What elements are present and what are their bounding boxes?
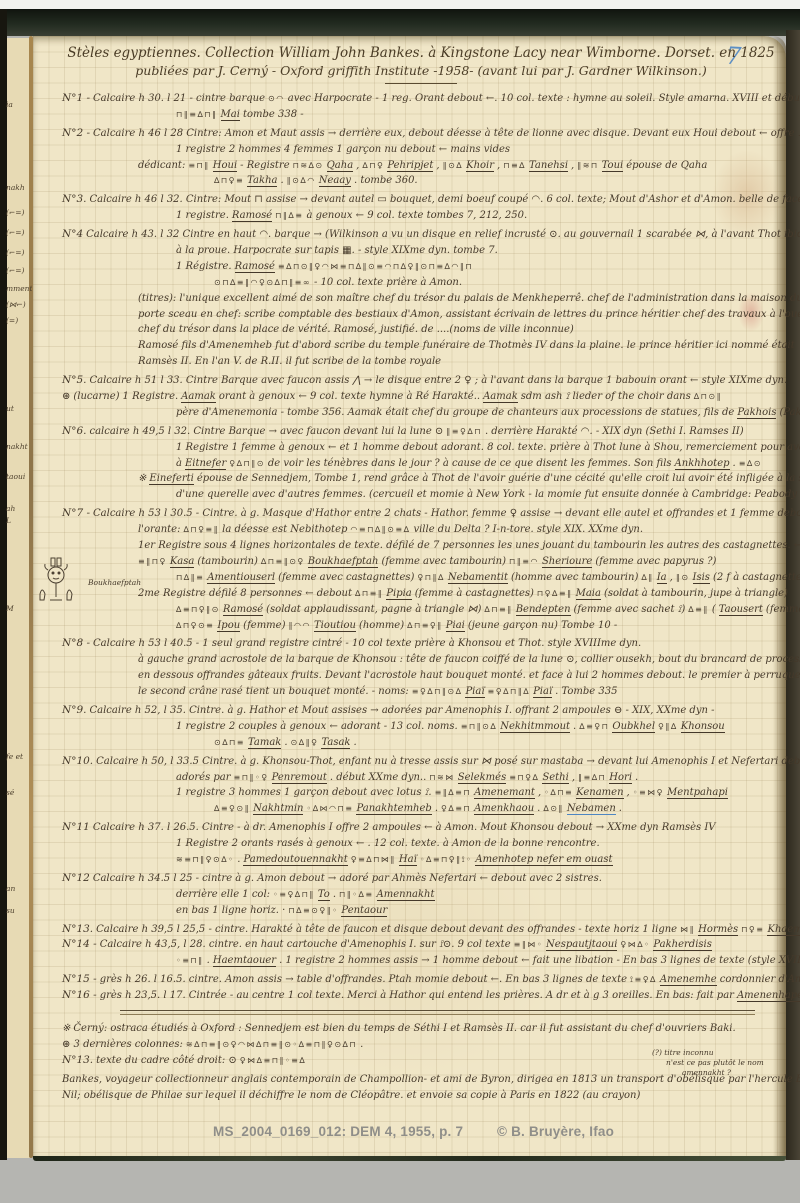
handwritten-text: , [538, 787, 541, 798]
handwritten-text: . [237, 854, 240, 865]
hieroglyph-run: ◦∆≡⊓♀∥⟟◦ [420, 855, 473, 864]
handwritten-text: N°12 [62, 872, 90, 884]
handwritten-text: Calcaire h 52, l 35. Cintre. à g. Hathor… [89, 705, 714, 716]
handwritten-text: . derrière Harakté ◠. - XIX dyn (Sethi I… [485, 426, 744, 437]
hieroglyph-run: ≡♀∆⊓∥⊙∆ [412, 687, 463, 696]
manuscript-line: ※Černý: ostraca étudiés à Oxford : Senne… [62, 1021, 780, 1037]
caption-manuscript-id: MS_2004_0169_012: DEM 4, 1955, p. 7 [213, 1124, 463, 1139]
torn-page-text-fragment: mment [6, 284, 32, 293]
section-divider [120, 1010, 755, 1015]
handwritten-text: . [733, 458, 736, 469]
handwritten-text: dédicant: [138, 160, 185, 171]
handwritten-text: . [280, 175, 283, 186]
hieroglyph-run: ⊙⊓∆≡∥◠♀⊙∆⊓∥≡∞ [214, 278, 311, 287]
margin-note-boukhaefptah: Boukhaefptah [88, 578, 141, 588]
hieroglyph-run: ≡∥∆≡⊓ [435, 788, 472, 797]
underlined-name: Pipia [386, 588, 412, 600]
handwritten-text: N°10. [62, 755, 93, 767]
handwritten-text: chef du trésor dans la place de vérité. … [138, 324, 574, 335]
underlined-name: Houi [213, 160, 237, 172]
hieroglyph-run: ◦∆⊓≡ [544, 788, 573, 797]
handwritten-text: N°16 - [62, 989, 97, 1001]
underlined-name: Ramosé [232, 210, 272, 222]
torn-page-text-fragment: an [6, 884, 32, 893]
handwritten-text: (femme avec tambourin) [381, 556, 506, 567]
underlined-name: Ipou [217, 620, 240, 632]
manuscript-line: 1 registre 2 couples à genoux ← adorant … [176, 719, 780, 735]
underlined-name: Haemtaouer [213, 955, 276, 967]
handwritten-text: texte du cadre côté droit: ⊙ [96, 1055, 237, 1066]
manuscript-line: chef du trésor dans la place de vérité. … [138, 322, 780, 338]
notebook-cover-edge-top [0, 9, 800, 36]
hieroglyph-run: ♀⊓∥∆ [417, 573, 444, 582]
handwritten-text: Calcaire h 43. l 32 Cintre en haut ◠. ba… [86, 229, 800, 240]
underlined-name: Eineferti [149, 473, 193, 485]
manuscript-line: ⊙⊓∆≡∥◠♀⊙∆⊓∥≡∞- 10 col. texte prière à Am… [214, 275, 780, 291]
handwritten-text: ville du Delta ? I-n-tore. style XIX. XX… [413, 524, 643, 535]
underlined-name: Tioutiou [314, 620, 356, 632]
hieroglyph-run: ≡∥⋈◦ [514, 940, 543, 949]
handwritten-text: 1 Régistre. [176, 261, 232, 272]
handwritten-text: . [360, 1039, 363, 1050]
handwritten-text: la déesse est Nebithotep [222, 524, 347, 535]
manuscript-line: 1er Registre sous 4 lignes horizontales … [138, 538, 780, 554]
underlined-name: Amentiouserl [207, 572, 275, 584]
torn-page-text-fragment: fe et [6, 752, 32, 761]
handwritten-text: épouse de Sennedjem, Tombe 1, rend grâce… [197, 473, 800, 484]
manuscript-line: en dessous offrandes gâteaux fruits. Dev… [138, 668, 780, 684]
hieroglyph-run: ⊓∥≡∆⊓∥ [176, 110, 218, 119]
hieroglyph-run: ∆≡∥ [688, 605, 709, 614]
handwritten-text: N°7 - [62, 507, 90, 519]
torn-page-text-fragment: ut [6, 404, 32, 413]
handwritten-text: . [635, 772, 638, 783]
hieroglyph-run: ⊓∥◦∆≡ [339, 890, 374, 899]
hieroglyph-run: ⊓≋⋈ [429, 773, 454, 782]
handwritten-text: Calcaire h 53 l 30.5 - Cintre. à g. Masq… [93, 508, 800, 519]
underlined-name: Pamedoutouennakht [243, 854, 347, 866]
hieroglyph-run: ⊓∥∆≡ [275, 211, 303, 220]
hieroglyph-run: ≡⊓∥◦♀ [234, 773, 269, 782]
handwritten-text: Ramosé fils d'Amenemheb fut d'abord scri… [138, 340, 795, 351]
handwritten-text: (Pakhal) [779, 407, 800, 418]
header-subtitle: publiées par J. Cerný - Oxford griffith … [62, 62, 780, 79]
notebook-spine-edge [0, 9, 7, 1160]
handwritten-text: . [435, 803, 438, 814]
underlined-name: Amenhotep nefer em ouast [475, 854, 612, 866]
manuscript-line: Ramsès II. En l'an V. de R.II. il fut sc… [138, 354, 780, 370]
underlined-name: Khaemnoun [767, 924, 800, 936]
underlined-name: Ia [657, 572, 667, 584]
handwritten-text: N°13. [62, 923, 93, 935]
underlined-name: Kenamen [576, 787, 623, 799]
manuscript-line: 1 Régistre.Ramosé≡∆⊓⊙∥♀◠⋈≡⊓∆∥⊙≡◠⊓∆♀∥⊙⊓≡∆… [176, 259, 780, 275]
handwritten-text: N°5. [62, 374, 86, 386]
underlined-name: Piai [446, 620, 465, 632]
hieroglyph-run: ⊙∆∥♀ [291, 738, 319, 747]
header-rule [385, 83, 457, 84]
hieroglyph-run: ∆≡⊓♀∥⊙ [176, 605, 220, 614]
manuscript-line: porte sceau en chef: scribe comptable de… [138, 307, 780, 323]
handwritten-text: 1 Registre 2 orants rasés à genoux ← . 1… [176, 838, 600, 849]
underlined-name: Amenemhe [660, 974, 717, 986]
handwritten-text: 1 registre 2 hommes 4 femmes 1 garçon nu… [176, 144, 510, 155]
manuscript-line: N°14 -Calcaire h 43,5, l 28. cintre. en … [62, 937, 780, 953]
manuscript-line: 2me Registre défilé 8 personnes ← debout… [138, 586, 780, 602]
handwritten-text: grès h 26. l 16.5. cintre. Amon assis → … [100, 974, 627, 985]
manuscript-line: N°8 -Calcaire h 53 l 40.5 - 1 seul grand… [62, 636, 780, 652]
handwritten-text: Calcaire h 50, l 33.5 Cintre. à g. Khons… [96, 756, 800, 767]
hieroglyph-run: ∥⊙ [676, 573, 690, 582]
handwritten-text: . [284, 737, 287, 748]
hieroglyph-run: ⊓∆≡⊙♀∥◦ [288, 906, 338, 915]
manuscript-line: ◦≡⊓∥.Haemtaouer. 1 registre 2 hommes ass… [176, 953, 780, 969]
underlined-name: Aamak [483, 391, 518, 403]
hieroglyph-run: ♀⋈∆≡⊓∥◦≡∆ [240, 1056, 306, 1065]
handwritten-text: (femme avec sachet ⟟) [574, 604, 686, 615]
hieroglyph-run: ≡♀∆⊓∥∆ [488, 687, 531, 696]
underlined-name: Taousert [719, 604, 763, 616]
hieroglyph-run: ∥⊙∆ [443, 161, 464, 170]
underlined-name: Khonsou [681, 721, 725, 733]
underlined-name: Kasa [170, 556, 195, 568]
handwritten-text: Calcaire h 46 l 28 Cintre: Amon et Maut … [93, 128, 800, 139]
underlined-name: Hormès [698, 924, 738, 936]
handwritten-text: Nil; obélisque de Philae sur lequel il d… [62, 1090, 640, 1101]
handwritten-text: . tombe 360. [354, 175, 418, 186]
manuscript-line: en bas 1 ligne horiz. ·⊓∆≡⊙♀∥◦Pentaour [176, 903, 780, 919]
handwritten-text: (femme avec papyrus ?) [595, 556, 716, 567]
underlined-name: Oubkhel [612, 721, 655, 733]
hieroglyph-run: ∆⊙∥ [543, 804, 564, 813]
hathor-mask-sketch [36, 556, 76, 612]
torn-page-text-fragment: nakht [6, 442, 32, 451]
handwritten-text: à la proue. Harpocrate sur tapis ▦. - st… [176, 245, 498, 256]
handwritten-text: à genoux ← 9 col. texte tombes 7, 212, 2… [306, 210, 527, 221]
hieroglyph-run: ≡⊓∥⊙∆ [461, 722, 498, 731]
hieroglyph-run: ∆⊓♀≡∥ [183, 525, 219, 534]
handwritten-text: N°9. [62, 704, 86, 716]
manuscript-line: N°3.Calcaire h 46 l 32. Cintre: Mout ⊓ a… [62, 192, 780, 208]
handwritten-text: ⊛ [62, 391, 70, 402]
hieroglyph-run: ◦≡⊓∥ [176, 956, 204, 965]
hieroglyph-run: ♀⋈∆◦ [620, 940, 650, 949]
underlined-name: Takha [247, 175, 277, 187]
manuscript-line: ⊛(lucarne)1 Registre.Aamakorant à genoux… [62, 389, 780, 405]
handwritten-text: (homme) [359, 620, 404, 631]
manuscript-line: N°6.calcaire h 49,5 l 32. Cintre Barque … [62, 424, 780, 440]
manuscript-line: N°7 -Calcaire h 53 l 30.5 - Cintre. à g.… [62, 506, 780, 522]
handwritten-text: , [436, 160, 439, 171]
handwritten-text: orant à genoux ← 9 col. texte hymne à Ré… [219, 391, 480, 402]
handwritten-text: Černý: ostraca étudiés à Oxford : Senned… [73, 1023, 735, 1034]
underlined-name: Piaï [465, 686, 484, 698]
manuscript-header: Stèles egyptiennes. Collection William J… [62, 44, 780, 84]
torn-page-text-fragment: taoui [6, 472, 32, 481]
handwritten-text: . Tombe 335 [555, 686, 617, 697]
underlined-name: Amenkhaou [474, 803, 534, 815]
handwritten-text: ( [712, 604, 716, 615]
manuscript-line: 1 registre.Ramosé⊓∥∆≡à genoux ← 9 col. t… [176, 208, 780, 224]
underlined-name: Qaha [327, 160, 354, 172]
manuscript-line: ⊙∆⊓≡Tamak.⊙∆∥♀Tasak. [214, 735, 780, 751]
hieroglyph-run: ♀≡∆⊓⋈∥ [351, 855, 396, 864]
handwritten-text: N°2 - [62, 127, 90, 139]
manuscript-lines: N°1 -Calcaire h 30. l 21 - cintre barque… [62, 91, 780, 1103]
underlined-name: Sethi [542, 772, 568, 784]
handwritten-text: , [356, 160, 359, 171]
underlined-name: To [318, 889, 330, 901]
handwritten-text: (femme) [243, 620, 285, 631]
manuscript-line: ∆⊓♀≡Takha.∥⊙∆◠Neaay. tombe 360. [214, 173, 780, 189]
underlined-name: Penremout [272, 772, 327, 784]
underlined-name: Piaï [533, 686, 552, 698]
underlined-name: Maia [576, 588, 601, 600]
manuscript-line: ∆⊓♀⊙≡Ipou(femme)∥◠◠Tioutiou(homme)∆⊓≡♀∥P… [176, 618, 780, 634]
hieroglyph-run: ⊓≋∆⊙ [293, 161, 324, 170]
underlined-name: Mai [221, 109, 240, 121]
handwritten-text: (soldat à tambourin, jupe à triangle) [604, 588, 788, 599]
underlined-name: Isis [693, 572, 710, 584]
hieroglyph-run: ⟟≡♀∆ [630, 975, 657, 984]
manuscript-line: à gauche grand acrostole de la barque de… [138, 652, 780, 668]
handwritten-text: (jeune garçon nu) Tombe 10 - [468, 620, 617, 631]
torn-page-text-fragment: (⋈⌐) [6, 300, 32, 309]
manuscript-line: le second crâne rasé tient un bouquet mo… [138, 684, 780, 700]
hieroglyph-run: ⊙◠ [268, 94, 285, 103]
handwritten-text: 2me Registre défilé 8 personnes ← debout [138, 588, 352, 599]
manuscript-line: ≋≡⊓∥♀⊙∆◦.Pamedoutouennakht♀≡∆⊓⋈∥Haï◦∆≡⊓♀… [176, 852, 780, 868]
manuscript-line: ⊓∆∥≡Amentiouserl(femme avec castagnettes… [176, 570, 780, 586]
manuscript-line: N°4Calcaire h 43. l 32 Cintre en haut ◠.… [62, 227, 780, 243]
underlined-name: Amenenhapet [737, 990, 800, 1002]
hieroglyph-run: ∆⊓♀≡ [214, 176, 244, 185]
handwritten-text: sdm ash ⟟ lieder of the choir dans [521, 391, 691, 402]
handwritten-text: . [333, 889, 336, 900]
handwritten-text: Calcaire h 53 l 40.5 - 1 seul grand regi… [93, 638, 641, 649]
hieroglyph-run: ∥≡♀∆⊓ [446, 427, 482, 436]
torn-page-text-fragment: (⌐=) [6, 266, 32, 275]
handwritten-text: père d'Amenemonia - tombe 356. Aamak éta… [176, 407, 734, 418]
handwritten-text: N°11 [62, 821, 90, 833]
handwritten-text: l'orante: [138, 524, 180, 535]
hieroglyph-run: ◦≡⋈♀ [633, 788, 664, 797]
hieroglyph-run: ∆∥ [641, 573, 653, 582]
manuscript-line: N°16 -grès h 23,5. l 17. Cintrée - au ce… [62, 988, 780, 1004]
manuscript-line: 1 registre 2 hommes 4 femmes 1 garçon nu… [176, 142, 780, 158]
hieroglyph-run: ≡∥⊓♀ [138, 557, 167, 566]
handwritten-text: calcaire h 49,5 l 32. Cintre Barque → av… [89, 426, 443, 437]
manuscript-line: ∆≡⊓♀∥⊙Ramosé(soldat applaudissant, pagne… [176, 602, 780, 618]
underlined-name: Aamak [181, 391, 216, 403]
underlined-name: Haï [399, 854, 417, 866]
handwritten-text: (tambourin) [197, 556, 258, 567]
manuscript-content: Stèles egyptiennes. Collection William J… [62, 44, 780, 1148]
torn-page-text-fragment: nakh [6, 183, 32, 192]
underlined-name: Eitnefer [185, 458, 226, 470]
handwritten-text: 1 Registre. [123, 391, 179, 402]
underlined-name: Tasak [321, 737, 350, 749]
handwritten-text: ※ [62, 1023, 70, 1034]
hieroglyph-run: ∆⊓≡♀∥ [407, 621, 443, 630]
hieroglyph-run: ∆⊓♀ [362, 161, 384, 170]
handwritten-text: 1 registre 2 couples à genoux ← adorant … [176, 721, 458, 732]
handwritten-text: porte sceau en chef: scribe comptable de… [138, 309, 800, 320]
handwritten-text: , [497, 160, 500, 171]
underlined-name: Tamak [248, 737, 281, 749]
handwritten-text: avec Harpocrate - 1 reg. Orant debout ←.… [288, 93, 800, 104]
manuscript-line: d'une querelle avec d'autres femmes. (ce… [176, 487, 780, 503]
manuscript-line: N°15 -grès h 26. l 16.5. cintre. Amon as… [62, 972, 780, 988]
manuscript-line: N°11Calcaire h 37. l 26.5. Cintre - à dr… [62, 820, 780, 836]
manuscript-line: N°5.Calcaire h 51 l 33. Cintre Barque av… [62, 373, 780, 389]
hieroglyph-run: ◠≡⊓∆∥⊙≡∆ [350, 525, 410, 534]
hieroglyph-run: ⊓∆∥≡ [176, 573, 204, 582]
torn-page-text-fragment: su [6, 906, 32, 915]
handwritten-text: Calcaire h 37. l 26.5. Cintre - à dr. Am… [93, 822, 716, 833]
handwritten-text: de voir les ténèbres dans le jour ? à ca… [268, 458, 672, 469]
handwritten-text: Calcaire h 51 l 33. Cintre Barque avec f… [89, 375, 787, 386]
scan-background-top [0, 0, 800, 9]
handwritten-text: . début XXme dyn.. [330, 772, 426, 783]
manuscript-line: père d'Amenemonia - tombe 356. Aamak éta… [176, 405, 780, 421]
hieroglyph-run: ∥⊙∆◠ [287, 176, 316, 185]
handwritten-text: (2 f à castagnettes) [713, 572, 800, 583]
hieroglyph-run: ⊓♀∆≡∥ [537, 589, 573, 598]
hieroglyph-run: ◦≡♀∆⊓∥ [273, 890, 315, 899]
handwritten-text: en bas 1 ligne horiz. · [176, 905, 285, 916]
underlined-name: Hori [609, 772, 632, 784]
torn-page-text-fragment: M [6, 604, 32, 613]
hieroglyph-run: ∥◠◠ [288, 621, 310, 630]
underlined-name: Nekhitmmout [500, 721, 570, 733]
manuscript-line: ※Einefertiépouse de Sennedjem, Tombe 1, … [138, 471, 780, 487]
hieroglyph-run: ⊙∆⊓≡ [214, 738, 245, 747]
manuscript-line: àEitnefer♀∆⊓∥⊙de voir les ténèbres dans … [176, 456, 780, 472]
handwritten-text: à gauche grand acrostole de la barque de… [138, 654, 800, 665]
underlined-name: Nebamen [567, 803, 616, 815]
manuscript-line: (titres): l'unique excellent aimé de son… [138, 291, 780, 307]
margin-query-note: (?) titre inconnu n'est ce pas plutôt le… [652, 1048, 792, 1078]
handwritten-text: 1 registre. [176, 210, 229, 221]
handwritten-text: à [176, 458, 182, 469]
handwritten-text: Calcaire h 43,5, l 28. cintre. en haut c… [100, 939, 511, 950]
handwritten-text: d'une querelle avec d'autres femmes. (ce… [176, 489, 800, 500]
handwritten-text: . [207, 955, 210, 966]
underlined-name: Bendepten [516, 604, 571, 616]
hieroglyph-run: ≋∆⊓≡∥⊙♀◠⋈∆⊓≡∥⊙◦∆≡⊓∥♀⊙∆⊓ [186, 1040, 357, 1049]
handwritten-text: le second crâne rasé tient un bouquet mo… [138, 686, 409, 697]
hieroglyph-run: ∆⊓≡∥ [484, 605, 512, 614]
underlined-name: Ramosé [235, 261, 275, 273]
underlined-name: Nakhtmin [253, 803, 303, 815]
handwritten-text: derrière elle 1 col: [176, 889, 270, 900]
handwritten-text: N°1 - [62, 92, 90, 104]
handwritten-text: N°8 - [62, 637, 90, 649]
handwritten-text: cordonnier d'Amon XIXe [720, 974, 800, 985]
underlined-name: Ramosé [223, 604, 263, 616]
handwritten-text: N°13. [62, 1054, 93, 1066]
handwritten-text: épouse de Qaha [626, 160, 707, 171]
underlined-name: Sherioure [542, 556, 592, 568]
handwritten-text: (femme) [766, 604, 800, 615]
manuscript-line: adorés par≡⊓∥◦♀Penremout. début XXme dyn… [176, 770, 780, 786]
handwritten-text: - 10 col. texte prière à Amon. [314, 277, 462, 288]
torn-page-text-fragment: (⌐=) [6, 228, 32, 237]
handwritten-text: adorés par [176, 772, 231, 783]
underlined-name: Pakherdisis [653, 939, 712, 951]
handwritten-text: N°4 [62, 228, 83, 240]
torn-page-text-fragment: (=) [6, 316, 32, 325]
handwritten-text: N°14 - [62, 938, 97, 950]
handwritten-text: (titres): l'unique excellent aimé de son… [138, 293, 800, 304]
hieroglyph-run: ≡∆⊙ [739, 459, 762, 468]
underlined-name: Pakhois [737, 407, 776, 419]
underlined-name: Mentpahapi [667, 787, 728, 799]
manuscript-line: Ramosé fils d'Amenemheb fut d'abord scri… [138, 338, 780, 354]
manuscript-line: ≡∥⊓♀Kasa(tambourin)∆⊓≡∥⊙♀Boukhaefptah(fe… [138, 554, 780, 570]
manuscript-line: à la proue. Harpocrate sur tapis ▦. - st… [176, 243, 780, 259]
handwritten-text: ※ [138, 473, 146, 484]
handwritten-text: Calcaire h 46 l 32. Cintre: Mout ⊓ assis… [89, 194, 800, 205]
handwritten-text: . [573, 721, 576, 732]
torn-page-text-fragment: (⌐=) [6, 248, 32, 257]
underlined-name: Toui [602, 160, 624, 172]
handwritten-text: , [627, 787, 630, 798]
notebook-cover-edge-bottom [33, 1156, 786, 1161]
handwritten-text: , [571, 160, 574, 171]
handwritten-text: . [537, 803, 540, 814]
handwritten-text: 1 Registre 1 femme à genoux ← et 1 homme… [176, 442, 800, 453]
handwritten-text: . 1 registre 2 hommes assis → 1 homme de… [279, 955, 800, 966]
manuscript-line: dédicant:≡⊓∥Houi- Registre⊓≋∆⊙Qaha,∆⊓♀Pe… [138, 158, 780, 174]
hieroglyph-run: ◦∆⋈◠⊓≡ [306, 804, 353, 813]
handwritten-text: , [572, 772, 575, 783]
handwritten-text: tombe 338 - [243, 109, 304, 120]
handwritten-text: (femme à castagnettes) [415, 588, 534, 599]
manuscript-line: N°2 -Calcaire h 46 l 28 Cintre: Amon et … [62, 126, 780, 142]
underlined-name: Boukhaefptah [308, 556, 379, 568]
header-title: Stèles egyptiennes. Collection William J… [62, 44, 780, 62]
hieroglyph-run: ≡⊓∥ [188, 161, 209, 170]
hieroglyph-run: ⋈∥ [680, 925, 695, 934]
query-line: n'est ce pas plutôt le nom [666, 1058, 792, 1068]
torn-page-text-fragment: L [6, 516, 32, 525]
handwritten-text: 1 registre 3 hommes 1 garçon debout avec… [176, 787, 432, 798]
hieroglyph-run: ∆⊓≡∥ [355, 589, 383, 598]
hieroglyph-run: ⊓∥≡◠ [509, 557, 539, 566]
manuscript-line: N°10.Calcaire h 50, l 33.5 Cintre. à g. … [62, 754, 780, 770]
underlined-name: Nebamentit [448, 572, 508, 584]
handwritten-text: en dessous offrandes gâteaux fruits. Dev… [138, 670, 800, 681]
handwritten-text: Calcaire h 39,5 l 25,5 - cintre. Harakté… [96, 924, 677, 935]
hieroglyph-run: ⊓♀≡ [741, 925, 764, 934]
hieroglyph-run: ∆⊓⊙∥ [694, 392, 722, 401]
handwritten-text: (soldat applaudissant, pagne à triangle … [266, 604, 481, 615]
hieroglyph-run: ≡⊓♀∆ [509, 773, 539, 782]
caption-copyright: © B. Bruyère, Ifao [497, 1124, 614, 1139]
handwritten-text: Calcaire h 30. l 21 - cintre barque [93, 93, 265, 104]
hieroglyph-run: ∆⊓≡∥⊙♀ [261, 557, 305, 566]
handwritten-text: N°3. [62, 193, 86, 205]
handwritten-text: (homme avec tambourin) [511, 572, 638, 583]
underlined-name: Tanehsi [529, 160, 568, 172]
handwritten-text: . [353, 737, 356, 748]
underlined-name: Amenemant [474, 787, 535, 799]
query-line: (?) titre inconnu [652, 1048, 792, 1058]
hieroglyph-run: ♀∆⊓∥⊙ [229, 459, 265, 468]
hieroglyph-run: ∆≡♀⊓ [579, 722, 609, 731]
